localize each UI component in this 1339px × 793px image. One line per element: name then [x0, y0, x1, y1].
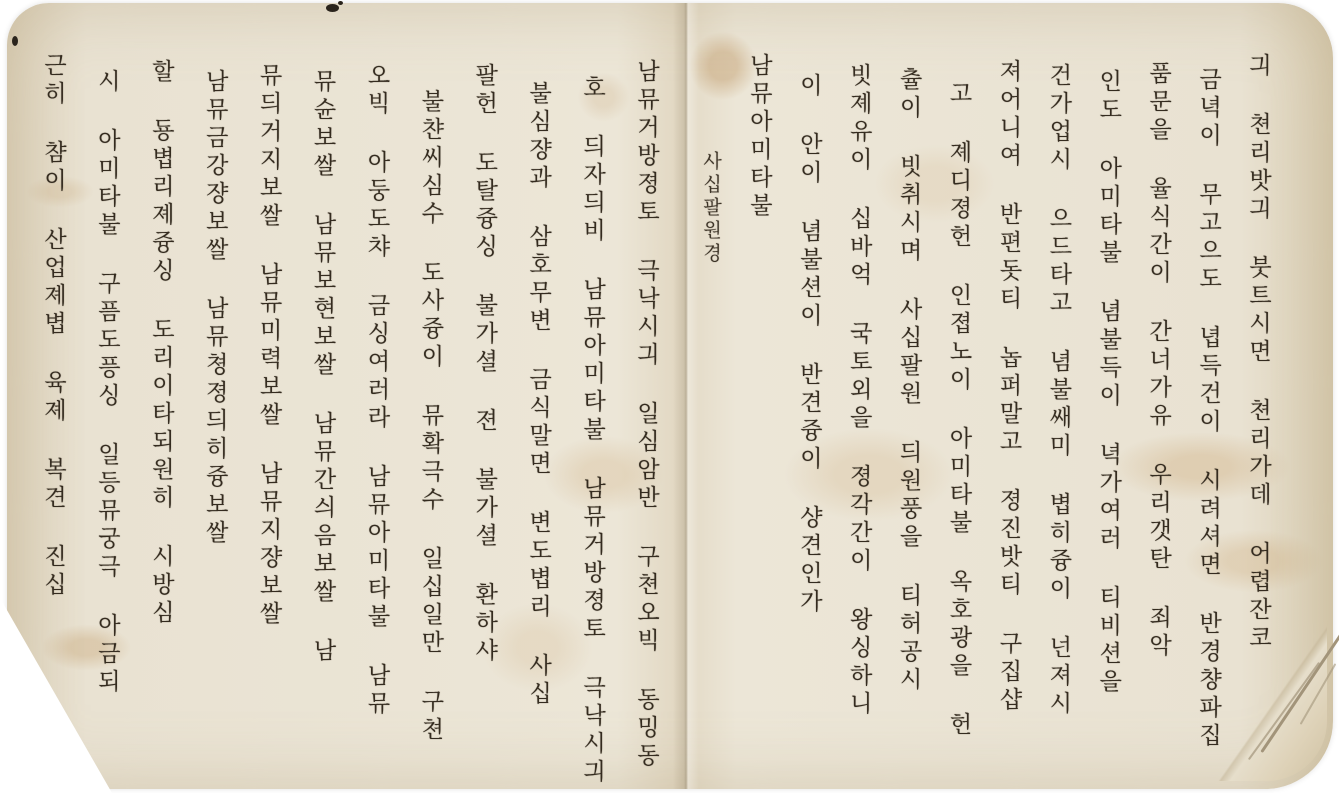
manuscript-column: 사십팔원경 — [701, 151, 720, 266]
manuscript-column: 인도 아미타불 념불득이 녁가여러 티비션을 — [1096, 69, 1119, 697]
manuscript-book: 긔 쳔리밧긔 붓트시면 쳔리가데 어렵잔코금녁이 무고으도 녑득건이 시려셔면 … — [7, 3, 1333, 789]
left-page: 남뮤거방졍토 극낙시긔 일심암반 구쳔오빅 동밍동호 듸자듸비 남뮤아미타불 남… — [41, 3, 657, 763]
manuscript-column: 불챤씨심수 도사즁이 뮤확극수 일십일만 구쳔 — [418, 89, 441, 745]
manuscript-column: 할 둉볍리졔즁싱 도리이타되원히 시방심 — [149, 59, 172, 628]
ink-speck — [326, 4, 339, 12]
center-fold — [673, 3, 699, 789]
manuscript-column: 뮤슌보쌀 남뮤보현보쌀 남뮤간싀음보쌀 남 — [311, 69, 334, 666]
right-page: 긔 쳔리밧긔 붓트시면 쳔리가데 어렵잔코금녁이 무고으도 녑득건이 시려셔면 … — [701, 3, 1269, 763]
manuscript-column: 져어니여 반편돗티 놉퍼말고 졍진밧티 구집샵 — [996, 59, 1019, 715]
manuscript-column: 츌이 빗취시며 사십팔원 듸원풍을 티허공시 — [897, 67, 920, 695]
photo-background: 긔 쳔리밧긔 붓트시면 쳔리가데 어렵잔코금녁이 무고으도 녑득건이 시려셔면 … — [0, 0, 1339, 793]
manuscript-column: 오빅 아둥도챠 금싱여러라 남뮤아미타불 남뮤 — [364, 63, 387, 719]
ink-speck — [12, 36, 18, 46]
manuscript-column: 빗졔유이 십바억 국토외을 졍각간이 왕싱하니 — [847, 63, 870, 719]
ink-speck — [338, 1, 343, 5]
manuscript-column: 팔헌 도탈즁싱 불가셜 젼 불가셜 환하샤 — [472, 63, 495, 666]
manuscript-column: 호 듸자듸비 남뮤아미타불 남뮤거방졍토 극낙시긔 — [580, 75, 603, 787]
manuscript-column: 불심쟝과 삼호무변 금식말면 변도볍리 사십 — [526, 81, 549, 709]
manuscript-column: 긔 쳔리밧긔 붓트시면 쳔리가데 어렵잔코 — [1246, 53, 1269, 653]
manuscript-column: 고 졔디졍헌 인졉노이 아미타불 옥호광을 헌 — [947, 81, 970, 740]
dog-eared-corner — [1197, 621, 1327, 781]
manuscript-column: 건가업시 으드타고 념불쌔미 볍히즁이 넌져시 — [1046, 63, 1069, 719]
manuscript-column: 근히 챰이 산업졔볍 육졔 복견 진십 — [41, 53, 64, 600]
manuscript-column: 이 안이 념불션이 반견즁이 샹견인가 — [797, 73, 820, 617]
manuscript-column: 품문을 율식간이 간너가유 우리갯탄 죄악 — [1146, 61, 1169, 661]
manuscript-column: 시 아미타불 구픔도픙싱 일등뮤궁극 아금되 — [95, 69, 118, 697]
manuscript-column: 남뮤아미타불 — [747, 53, 770, 221]
manuscript-column: 남뮤금강쟝보쌀 남뮤쳥졍듸히즁보쌀 — [203, 69, 226, 548]
manuscript-column: 남뮤거방졍토 극낙시긔 일심암반 구쳔오빅 동밍동 — [634, 59, 657, 771]
manuscript-column: 뮤듸거지보쌀 남뮤미력보쌀 남뮤지쟝보쌀 — [257, 63, 280, 629]
